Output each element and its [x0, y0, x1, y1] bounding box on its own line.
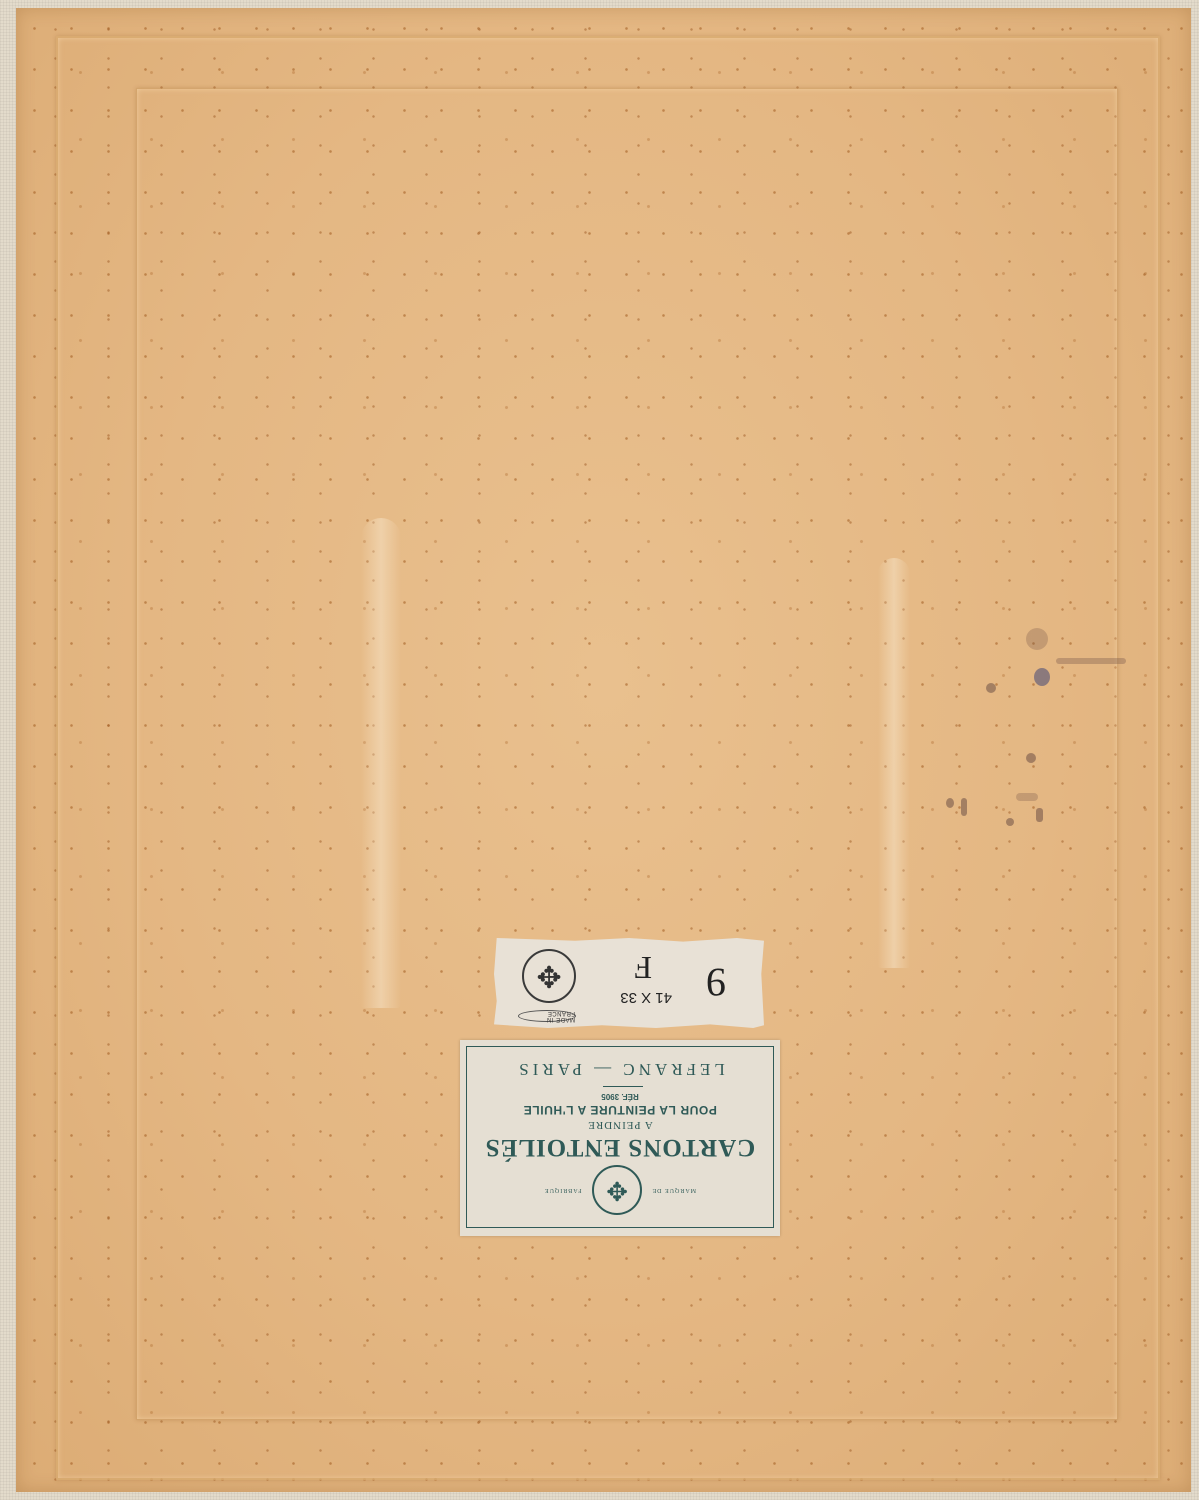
canvas-board-back: 9 41 X 33 F MADE IN FRANCE ✥ MARQUE DE ✥… [16, 8, 1191, 1492]
trademark-row: MARQUE DE ✥ FABRIQUE [467, 1165, 773, 1215]
glue-streak-right [878, 558, 910, 968]
made-in-stamp: MADE IN FRANCE [518, 1010, 576, 1022]
label-title: CARTONS ENTOILÉS [467, 1133, 773, 1161]
palette-seal-icon: ✥ [592, 1165, 642, 1215]
label-purpose: POUR LA PEINTURE A L'HUILE [467, 1103, 773, 1117]
size-dimensions: 41 X 33 [620, 989, 672, 1006]
label-subtitle: A PEINDRE [467, 1119, 773, 1131]
format-letter: F [634, 949, 652, 986]
trademark-left: MARQUE DE [652, 1187, 697, 1193]
trademark-right: FABRIQUE [544, 1187, 582, 1193]
label-frame: MARQUE DE ✥ FABRIQUE CARTONS ENTOILÉS A … [466, 1046, 774, 1228]
glue-streak-left [361, 518, 401, 1008]
palette-seal-icon: ✥ [522, 949, 576, 1003]
label-reference: RÉF. 3905 [467, 1092, 773, 1101]
size-label: 9 41 X 33 F MADE IN FRANCE ✥ [494, 938, 764, 1028]
label-divider [603, 1086, 643, 1087]
maker-label: MARQUE DE ✥ FABRIQUE CARTONS ENTOILÉS A … [460, 1040, 780, 1236]
size-number: 9 [706, 959, 726, 1006]
label-maker: LEFRANC — PARIS [467, 1059, 773, 1079]
